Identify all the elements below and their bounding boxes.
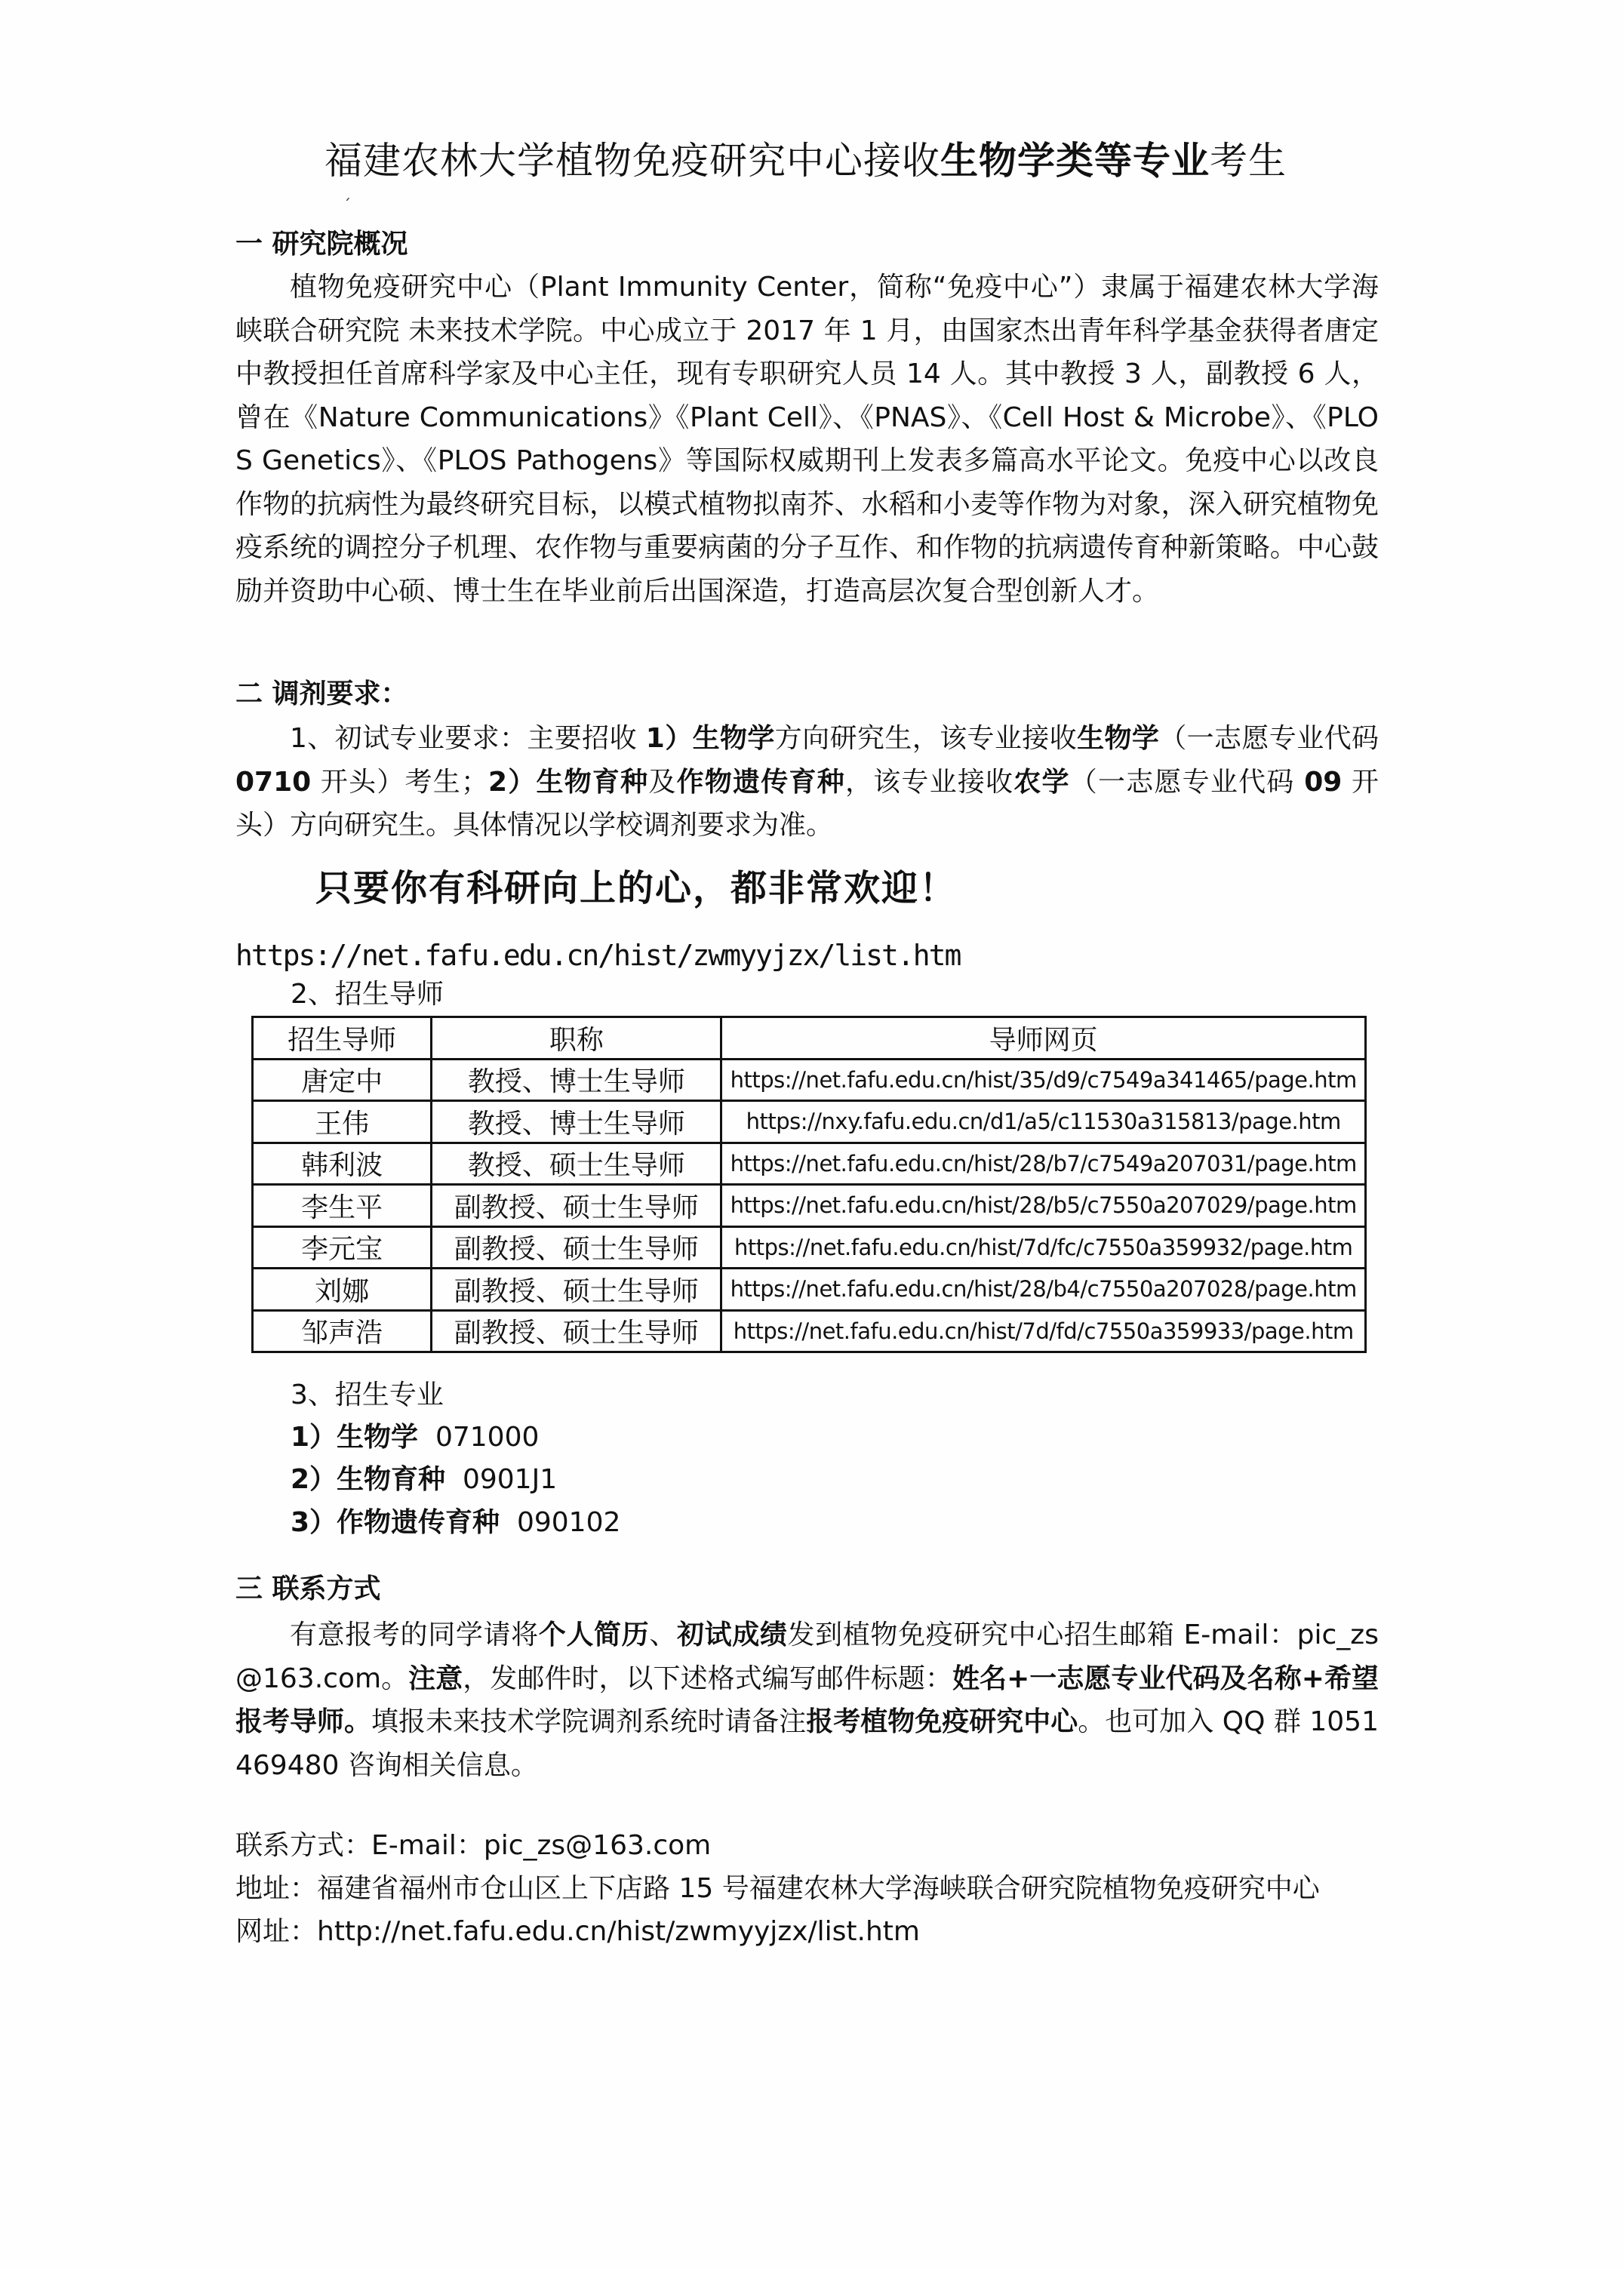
majors-heading: 3、招生专业: [291, 1376, 444, 1414]
emphasized-text: 注意: [408, 1663, 463, 1694]
body-text: 方向研究生，该专业接收: [775, 723, 1077, 754]
emphasized-text: 0710: [235, 767, 311, 798]
body-text: 填报未来技术学院调剂系统时请备注: [371, 1706, 806, 1737]
major-code: 090102: [517, 1507, 620, 1538]
table-row: 李元宝 副教授、硕士生导师 https://net.fafu.edu.cn/hi…: [253, 1226, 1366, 1269]
emphasized-text: 报考植物免疫研究中心: [806, 1706, 1078, 1737]
column-header-advisor: 招生导师: [253, 1017, 432, 1060]
advisor-name: 邹声浩: [253, 1310, 432, 1352]
advisor-name: 王伟: [253, 1101, 432, 1143]
body-text: 及: [648, 767, 676, 798]
document-title: 福建农林大学植物免疫研究中心接收生物学类等专业考生: [324, 134, 1336, 187]
requirements-paragraph: 1、初试专业要求：主要招收 1）生物学方向研究生，该专业接收生物学（一志愿专业代…: [235, 717, 1379, 847]
advisor-webpage-link[interactable]: https://net.fafu.edu.cn/hist/28/b7/c7549…: [721, 1143, 1366, 1185]
body-text: （一志愿专业代码: [1159, 723, 1379, 754]
advisor-name: 唐定中: [253, 1059, 432, 1101]
advisors-table: 招生导师 职称 导师网页 唐定中 教授、博士生导师 https://net.fa…: [251, 1016, 1367, 1353]
emphasized-text: 个人简历: [539, 1619, 650, 1650]
body-text: 开头）考生；: [311, 767, 488, 798]
body-text: ，发邮件时，以下述格式编写邮件标题：: [463, 1663, 952, 1694]
advisor-name: 韩利波: [253, 1143, 432, 1185]
major-item: 2）生物育种 0901J1: [291, 1461, 557, 1499]
contact-website[interactable]: 网址：http://net.fafu.edu.cn/hist/zwmyyjzx/…: [235, 1911, 920, 1953]
emphasized-text: 09: [1304, 767, 1342, 798]
major-label: 1）生物学: [291, 1422, 418, 1453]
overview-paragraph: 植物免疫研究中心（Plant Immunity Center，简称“免疫中心”）…: [235, 266, 1379, 613]
table-header-row: 招生导师 职称 导师网页: [253, 1017, 1366, 1060]
advisor-title: 教授、博士生导师: [432, 1101, 721, 1143]
document-page: 福建农林大学植物免疫研究中心接收生物学类等专业考生 ˏ 一 研究院概况 植物免疫…: [0, 0, 1624, 2270]
advisor-webpage-link[interactable]: https://net.fafu.edu.cn/hist/35/d9/c7549…: [721, 1059, 1366, 1101]
column-header-title: 职称: [432, 1017, 721, 1060]
emphasized-text: 初试成绩: [677, 1619, 788, 1650]
section-heading-contact: 三 联系方式: [235, 1568, 381, 1610]
advisor-webpage-link[interactable]: https://net.fafu.edu.cn/hist/28/b5/c7550…: [721, 1185, 1366, 1227]
center-list-url[interactable]: https://net.fafu.edu.cn/hist/zwmyyjzx/li…: [235, 934, 960, 977]
emphasized-text: 农学: [1013, 767, 1069, 798]
advisor-name: 李元宝: [253, 1226, 432, 1269]
body-text: ，该专业接收: [845, 767, 1013, 798]
body-text: 有意报考的同学请将: [290, 1619, 539, 1650]
scan-mark: ˏ: [343, 183, 351, 201]
advisor-title: 副教授、硕士生导师: [432, 1226, 721, 1269]
body-text: 植物免疫研究中心（Plant Immunity Center，简称“免疫中心”）…: [235, 272, 1379, 607]
title-prefix: 福建农林大学植物免疫研究中心接收: [324, 139, 940, 183]
table-row: 韩利波 教授、硕士生导师 https://net.fafu.edu.cn/his…: [253, 1143, 1366, 1185]
section-heading-transfer-requirements: 二 调剂要求：: [235, 673, 408, 715]
emphasized-text: 生物学: [1077, 723, 1159, 754]
table-row: 李生平 副教授、硕士生导师 https://net.fafu.edu.cn/hi…: [253, 1185, 1366, 1227]
title-emphasis: 生物学类等专业: [940, 139, 1210, 183]
major-label: 3）作物遗传育种: [291, 1507, 500, 1538]
advisor-name: 刘娜: [253, 1269, 432, 1311]
section-heading-overview: 一 研究院概况: [235, 223, 408, 266]
body-text: 1、初试专业要求：主要招收: [290, 723, 646, 754]
major-label: 2）生物育种: [291, 1464, 445, 1495]
table-row: 王伟 教授、博士生导师 https://nxy.fafu.edu.cn/d1/a…: [253, 1101, 1366, 1143]
advisor-webpage-link[interactable]: https://net.fafu.edu.cn/hist/7d/fc/c7550…: [721, 1226, 1366, 1269]
advisor-name: 李生平: [253, 1185, 432, 1227]
advisor-webpage-link[interactable]: https://nxy.fafu.edu.cn/d1/a5/c11530a315…: [721, 1101, 1366, 1143]
contact-paragraph: 有意报考的同学请将个人简历、初试成绩发到植物免疫研究中心招生邮箱 E-mail：…: [235, 1613, 1379, 1787]
emphasized-text: 2）生物育种: [488, 767, 648, 798]
table-row: 邹声浩 副教授、硕士生导师 https://net.fafu.edu.cn/hi…: [253, 1310, 1366, 1352]
major-item: 3）作物遗传育种 090102: [291, 1504, 620, 1542]
advisor-webpage-link[interactable]: https://net.fafu.edu.cn/hist/7d/fd/c7550…: [721, 1310, 1366, 1352]
advisor-title: 副教授、硕士生导师: [432, 1310, 721, 1352]
major-code: 0901J1: [463, 1464, 557, 1495]
contact-email[interactable]: 联系方式：E-mail：pic_zs@163.com: [235, 1825, 711, 1867]
advisors-heading: 2、招生导师: [291, 976, 444, 1014]
welcome-slogan: 只要你有科研向上的心，都非常欢迎！: [315, 862, 957, 915]
major-code: 071000: [435, 1422, 539, 1453]
column-header-webpage: 导师网页: [721, 1017, 1366, 1060]
contact-address: 地址：福建省福州市仓山区上下店路 15 号福建农林大学海峡联合研究院植物免疫研究…: [235, 1868, 1320, 1910]
advisor-title: 教授、博士生导师: [432, 1059, 721, 1101]
table-row: 刘娜 副教授、硕士生导师 https://net.fafu.edu.cn/his…: [253, 1269, 1366, 1311]
emphasized-text: 1）生物学: [646, 723, 775, 754]
advisor-title: 教授、硕士生导师: [432, 1143, 721, 1185]
title-suffix: 考生: [1210, 139, 1287, 183]
body-text: （一志愿专业代码: [1070, 767, 1304, 798]
advisor-webpage-link[interactable]: https://net.fafu.edu.cn/hist/28/b4/c7550…: [721, 1269, 1366, 1311]
table-row: 唐定中 教授、博士生导师 https://net.fafu.edu.cn/his…: [253, 1059, 1366, 1101]
body-text: 、: [649, 1619, 677, 1650]
advisor-title: 副教授、硕士生导师: [432, 1269, 721, 1311]
advisor-title: 副教授、硕士生导师: [432, 1185, 721, 1227]
major-item: 1）生物学 071000: [291, 1419, 539, 1456]
emphasized-text: 作物遗传育种: [677, 767, 845, 798]
